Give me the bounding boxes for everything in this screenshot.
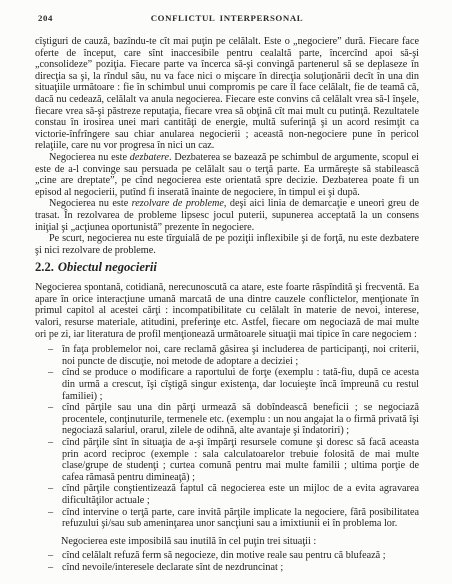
list-item: – cînd nevoile/interesele declarate sînt…	[48, 562, 419, 574]
dash-marker: –	[48, 437, 62, 483]
list-item: – cînd se produce o modificare a raportu…	[48, 367, 419, 402]
list-item: – în faţa problemelor noi, care reclamă …	[48, 344, 419, 367]
list-item: – cînd intervine o terţă parte, care inv…	[48, 507, 419, 530]
bullet-list-impossible-cases: – cînd celălalt refuză ferm să negocieze…	[48, 550, 419, 573]
page-body: cîştiguri de cauză, bazîndu-te cît mai p…	[35, 36, 419, 574]
list-item-text: cînd părţile sînt în situaţia de a-şi îm…	[62, 437, 419, 483]
list-item-text: cînd părţile conştientizează faptul că n…	[62, 483, 419, 506]
paragraph-continuation: cîştiguri de cauză, bazîndu-te cît mai p…	[35, 36, 419, 152]
dash-marker: –	[48, 507, 62, 530]
page-number: 204	[38, 13, 53, 23]
dash-marker: –	[48, 344, 62, 367]
paragraph-intro: Negocierea spontană, cotidiană, nerecuno…	[35, 282, 419, 340]
section-number: 2.2.	[35, 260, 54, 274]
paragraph-impossible: Negocierea este imposibilă sau inutilă î…	[35, 536, 419, 548]
italic-term: rezolvare de probleme	[132, 198, 224, 209]
section-title: Obiectul negocierii	[58, 260, 157, 274]
list-item-text: cînd părţile sau una din părţi urmează s…	[62, 402, 419, 437]
dash-marker: –	[48, 402, 62, 437]
paragraph-text: Negocierea nu este	[49, 198, 132, 209]
list-item: – cînd părţile conştientizează faptul că…	[48, 483, 419, 506]
section-heading: 2.2.Obiectul negocierii	[35, 260, 419, 274]
list-item-text: în faţa problemelor noi, care reclamă gă…	[62, 344, 419, 367]
paragraph-summary: Pe scurt, negocierea nu este tîrguială d…	[35, 233, 419, 256]
dash-marker: –	[48, 367, 62, 402]
list-item-text: cînd intervine o terţă parte, care invit…	[62, 507, 419, 530]
list-item: – cînd părţile sînt în situaţia de a-şi …	[48, 437, 419, 483]
bullet-list-situations: – în faţa problemelor noi, care reclamă …	[48, 344, 419, 530]
italic-term: dezbatere	[130, 152, 169, 163]
dash-marker: –	[48, 562, 62, 574]
book-page: 204 CONFLICTUL INTERPERSONAL cîştiguri d…	[0, 0, 452, 584]
running-title: CONFLICTUL INTERPERSONAL	[35, 13, 419, 23]
running-header: 204 CONFLICTUL INTERPERSONAL	[35, 13, 419, 24]
paragraph-not-debate: Negocierea nu este dezbatere. Dezbaterea…	[35, 152, 419, 198]
list-item-text: cînd nevoile/interesele declarate sînt d…	[62, 562, 419, 574]
list-item-text: cînd celălalt refuză ferm să negocieze, …	[62, 550, 419, 562]
dash-marker: –	[48, 483, 62, 506]
list-item: – cînd părţile sau una din părţi urmează…	[48, 402, 419, 437]
paragraph-text: Negocierea nu este	[49, 152, 130, 163]
list-item-text: cînd se produce o modificare a raportulu…	[62, 367, 419, 402]
list-item: – cînd celălalt refuză ferm să negocieze…	[48, 550, 419, 562]
paragraph-not-problem-solving: Negocierea nu este rezolvare de probleme…	[35, 198, 419, 233]
dash-marker: –	[48, 550, 62, 562]
